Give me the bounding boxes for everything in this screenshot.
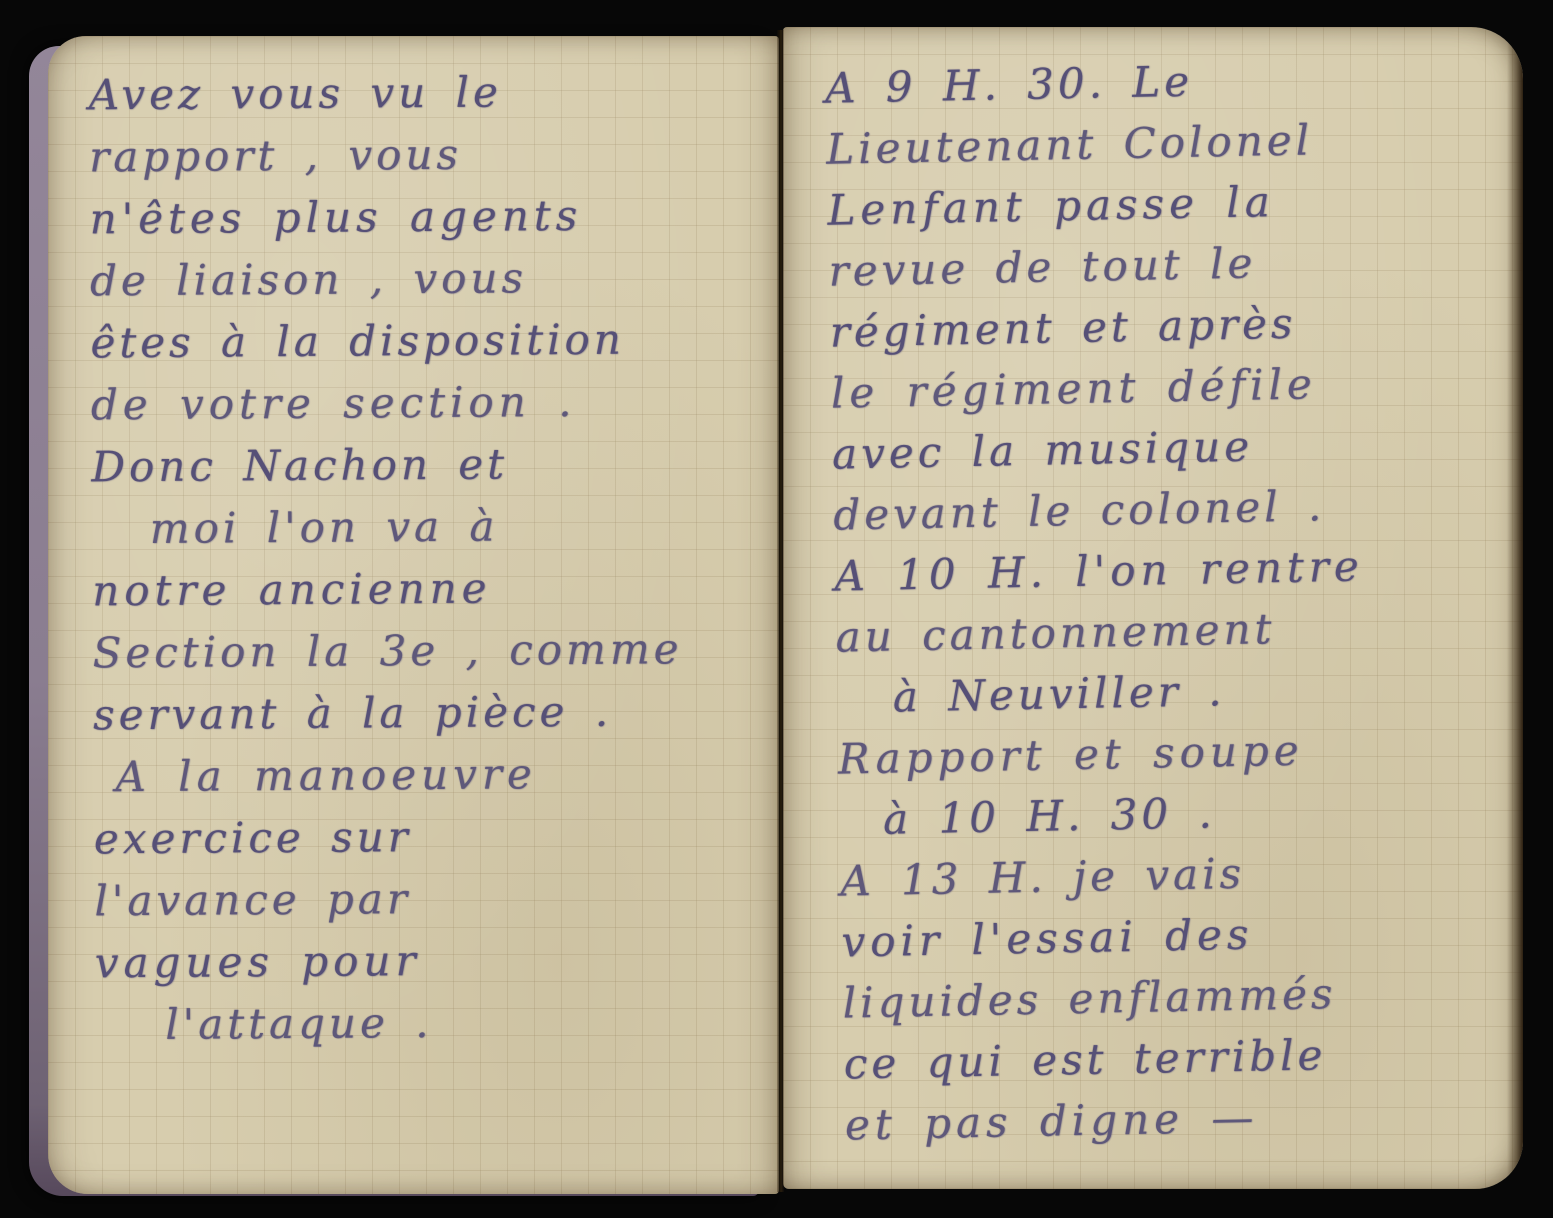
- handwriting-line: liquides enflammés: [842, 959, 1523, 1033]
- handwriting-line: moi l'on va à: [92, 494, 772, 561]
- handwriting-line: êtes à la disposition: [90, 308, 770, 375]
- right-page-handwriting: A 9 H. 30. LeLieutenant ColonelLenfant p…: [825, 44, 1523, 1155]
- notebook-spine-gutter: [777, 30, 784, 1192]
- handwriting-line: n'êtes plus agents: [89, 184, 769, 251]
- notebook-left-page: Avez vous vu lerapport , vousn'êtes plus…: [48, 36, 779, 1194]
- handwriting-line: l'attaque .: [95, 990, 775, 1057]
- notebook-right-page: A 9 H. 30. LeLieutenant ColonelLenfant p…: [783, 27, 1523, 1189]
- handwriting-line: A 13 H. je vais: [840, 837, 1523, 911]
- handwriting-line: Section la 3e , comme: [92, 618, 772, 685]
- handwriting-line: Avez vous vu le: [89, 60, 769, 127]
- handwriting-line: notre ancienne: [92, 556, 772, 623]
- handwriting-line: vagues pour: [95, 928, 775, 995]
- handwriting-line: Donc Nachon et: [91, 432, 771, 499]
- handwriting-line: servant à la pièce .: [93, 680, 773, 747]
- handwriting-line: l'avance par: [94, 866, 774, 933]
- handwriting-line: rapport , vous: [89, 122, 769, 189]
- handwriting-line: et pas digne —: [844, 1081, 1523, 1155]
- handwriting-line: de liaison , vous: [90, 246, 770, 313]
- handwriting-line: A la manoeuvre: [93, 742, 773, 809]
- handwriting-line: exercice sur: [94, 804, 774, 871]
- scanned-notebook-photo: Avez vous vu lerapport , vousn'êtes plus…: [0, 0, 1553, 1218]
- handwriting-line: de votre section .: [91, 370, 771, 437]
- left-page-handwriting: Avez vous vu lerapport , vousn'êtes plus…: [89, 60, 776, 1057]
